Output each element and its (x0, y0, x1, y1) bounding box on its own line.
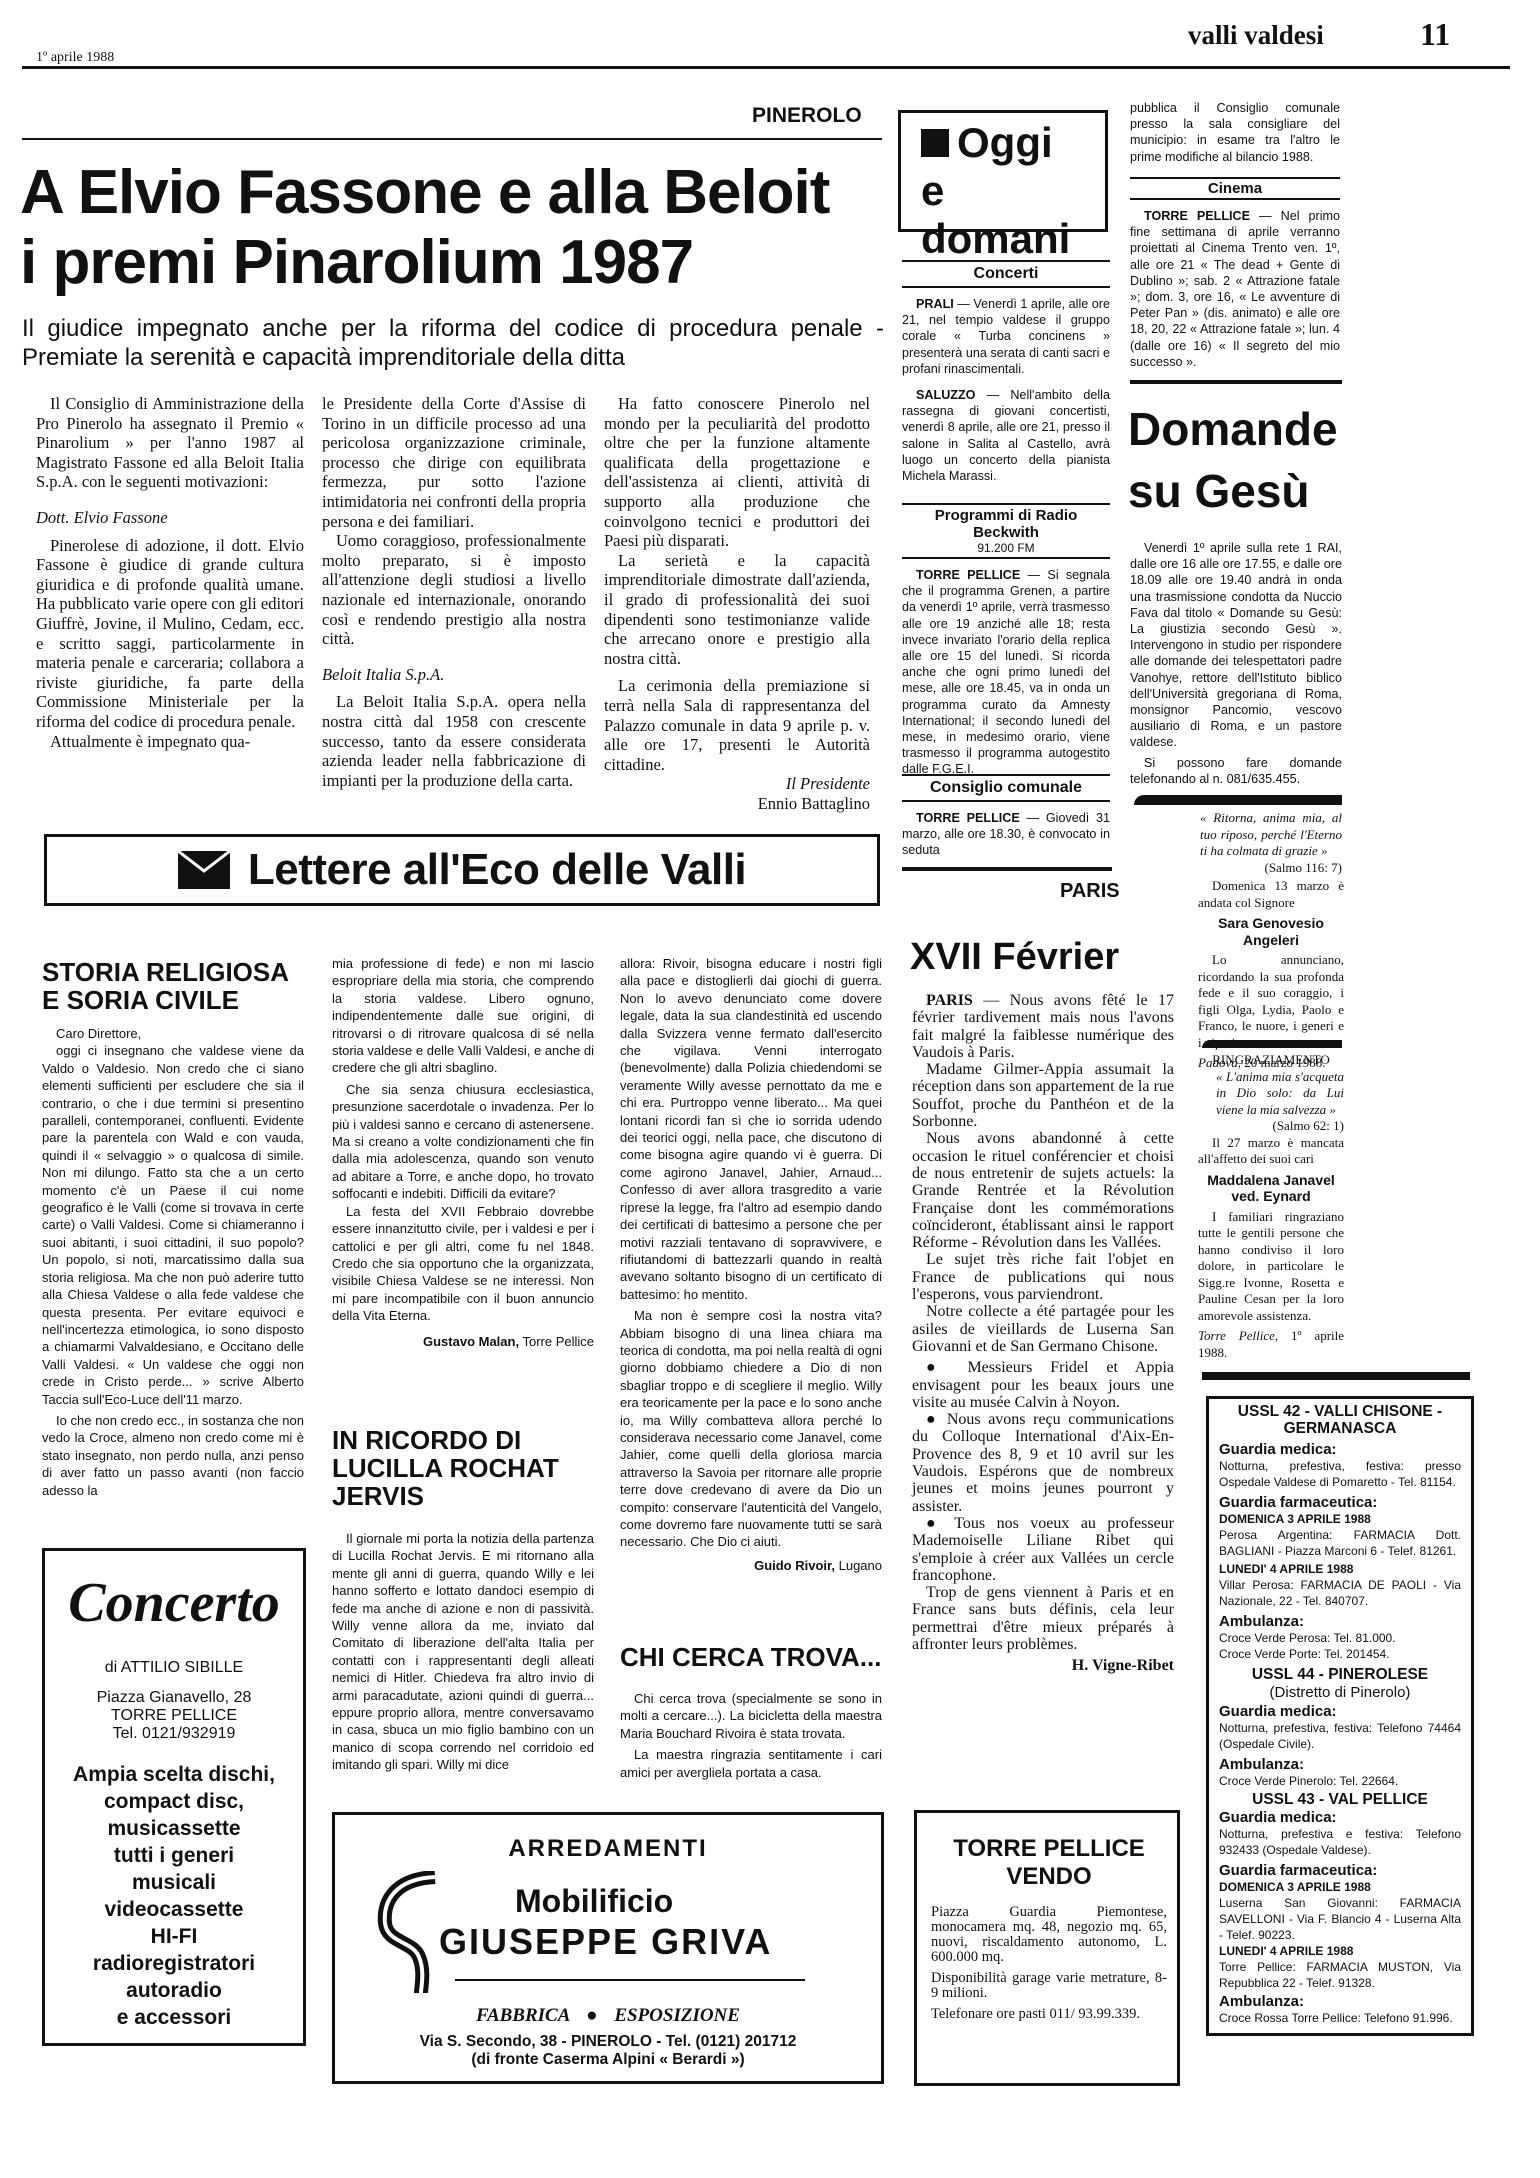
paragraph: Il giornale mi porta la notizia della pa… (332, 1530, 594, 1774)
offer-line: radioregistratori (45, 1950, 303, 1977)
ad-owner: di ATTILIO SIBILLE (45, 1659, 303, 1677)
ad-address: Via S. Secondo, 38 - PINEROLO - Tel. (01… (335, 2033, 881, 2051)
square-icon (921, 129, 949, 157)
griva-logo-icon (375, 1871, 445, 1995)
letter-title-chi-cerca: CHI CERCA TROVA... (620, 1642, 881, 1673)
deceased-name-line1: Maddalena Janavel (1198, 1172, 1344, 1189)
event-place: SALUZZO (916, 388, 975, 402)
title-line: IN RICORDO DI (332, 1426, 559, 1454)
quote: « L'anima mia s'acqueta in Dio solo: da … (1198, 1069, 1344, 1119)
paragraph: La festa del XVII Febbraio dovrebbe esse… (332, 1203, 594, 1325)
paris-body: PARIS — Nous avons fêté le 17 février ta… (912, 992, 1174, 1675)
headline-line2: i premi Pinarolium 1987 (20, 228, 829, 298)
place-date: Torre Pellice, 1º aprile 1988. (1198, 1328, 1344, 1361)
radio-section: Programmi di Radio Beckwith 91.200 FM TO… (902, 503, 1110, 778)
paragraph: Le sujet très riche fait l'objet en Fran… (912, 1251, 1174, 1303)
tagline-left: FABBRICA (476, 2005, 569, 2026)
paragraph: ● Messieurs Fridel et Appia envisagent p… (912, 1359, 1174, 1411)
ad-tagline: FABBRICA ● ESPOSIZIONE (335, 2005, 881, 2027)
block-label: Ambulanza: (1219, 1993, 1461, 2010)
block-line: Luserna San Giovanni: FARMACIA SAVELLONI… (1219, 1895, 1461, 1943)
oggi-title-line2: e domani (921, 167, 1105, 263)
offer-line: autoradio (45, 1977, 303, 2004)
intro: Domenica 13 marzo è andata col Signore (1198, 878, 1344, 911)
consiglio-text: TORRE PELLICE — Giovedì 31 marzo, alle o… (902, 810, 1110, 859)
text: I familiari ringraziano tutte le gentili… (1198, 1209, 1344, 1325)
chi-cerca-body: Chi cerca trova (specialmente se sono in… (620, 1690, 882, 1781)
envelope-icon (178, 851, 230, 889)
domande-body: Venerdì 1º aprile sulla rete 1 RAI, dall… (1130, 540, 1342, 787)
consiglio-section: Consiglio comunale TORRE PELLICE — Giove… (902, 774, 1110, 859)
paragraph: La serietà e la capacità imprenditoriale… (604, 551, 870, 669)
event-item: PRALI — Venerdì 1 aprile, alle ore 21, n… (902, 296, 1110, 377)
radio-frequency: 91.200 FM (902, 541, 1110, 555)
paragraph: Notre collecte a été partagée pour les a… (912, 1303, 1174, 1355)
letter-ricordo-col3: allora: Rivoir, bisogna educare i nostri… (620, 955, 882, 1574)
ussl-section: USSL 44 - PINEROLESE (Distretto di Piner… (1219, 1666, 1461, 1789)
paragraph: Madame Gilmer-Appia assumait la réceptio… (912, 1061, 1174, 1130)
offer-line: Ampia scelta dischi, (45, 1761, 303, 1788)
section-header: Consiglio comunale (902, 774, 1110, 802)
block-label: Guardia farmaceutica: (1219, 1494, 1461, 1511)
section-header: Concerti (902, 260, 1110, 288)
paragraph: le Presidente della Corte d'Assise di To… (322, 394, 586, 531)
block-line: Croce Verde Pinerolo: Tel. 22664. (1219, 1773, 1461, 1789)
vendo-ad: TORRE PELLICE VENDO Piazza Guardia Piemo… (914, 1810, 1180, 2086)
paragraph: mia professione di fede) e non mi lascio… (332, 955, 594, 1077)
paragraph: Ha fatto conoscere Pinerolo nel mondo pe… (604, 394, 870, 551)
event-place: TORRE PELLICE (1144, 209, 1250, 223)
letter-ricordo-col2: Il giornale mi porta la notizia della pa… (332, 1530, 594, 1774)
deceased-name: Sara Genovesio Angeleri (1198, 915, 1344, 948)
concerto-ad: Concerto di ATTILIO SIBILLE Piazza Giana… (42, 1548, 306, 2046)
paragraph: oggi ci insegnano che valdese viene da V… (42, 1042, 304, 1408)
section-label-paris: PARIS (1060, 880, 1120, 903)
block-line: LUNEDI' 4 APRILE 1988 (1219, 1943, 1461, 1959)
block-line: Notturna, prefestiva e festiva: Telefono… (1219, 1826, 1461, 1858)
section-rule (1202, 1372, 1470, 1380)
event-place: PRALI (916, 297, 954, 311)
article-column-3: Ha fatto conoscere Pinerolo nel mondo pe… (604, 394, 870, 813)
block-label: Guardia medica: (1219, 1809, 1461, 1826)
block-line: Notturna, prefestiva, festiva: presso Os… (1219, 1458, 1461, 1490)
title-line1: Oggi (957, 119, 1053, 167)
bullet-icon: ● (586, 2005, 597, 2026)
title-line: STORIA RELIGIOSA (42, 958, 289, 986)
letter-storia-col2: mia professione di fede) e non mi lascio… (332, 955, 594, 1350)
paragraph: Uomo coraggioso, professionalmente molto… (322, 531, 586, 649)
obituary-rule (1134, 795, 1342, 805)
block-line: Croce Rossa Torre Pellice: Telefono 91.9… (1219, 2010, 1461, 2026)
domande-title: Domande su Gesù (1128, 398, 1338, 522)
salutation: Caro Direttore, (42, 1025, 304, 1042)
block-line: Croce Verde Porte: Tel. 201454. (1219, 1646, 1461, 1662)
paris-title: XVII Février (910, 936, 1119, 979)
banner-title: Lettere all'Eco delle Valli (248, 845, 746, 895)
paragraph: Venerdì 1º aprile sulla rete 1 RAI, dall… (1130, 540, 1342, 751)
cinema-text: TORRE PELLICE — Nel primo fine settimana… (1130, 208, 1340, 370)
subheading: Dott. Elvio Fassone (36, 508, 304, 528)
brand-underline (455, 1979, 805, 1981)
paragraph: Che sia senza chiusura ecclesiastica, pr… (332, 1081, 594, 1203)
paragraph: ● Tous nos voeux au professeur Mademoise… (912, 1515, 1174, 1584)
paragraph: Io che non credo ecc., in sostanza che n… (42, 1412, 304, 1499)
offer-line: compact disc, (45, 1788, 303, 1815)
paragraph: Piazza Guardia Piemontese, monocamera mq… (931, 1905, 1167, 1965)
offer-line: musicali (45, 1869, 303, 1896)
block-line: Perosa Argentina: FARMACIA Dott. BAGLIAN… (1219, 1527, 1461, 1559)
paragraph: La maestra ringrazia sentitamente i cari… (620, 1746, 882, 1781)
paragraph: La Beloit Italia S.p.A. opera nella nost… (322, 692, 586, 790)
oggi-title: Oggi (921, 119, 1105, 167)
paragraph: PARIS — Nous avons fêté le 17 février ta… (912, 992, 1174, 1061)
ussl-title: USSL 42 - VALLI CHISONE - GERMANASCA (1219, 1403, 1461, 1437)
paragraph: allora: Rivoir, bisogna educare i nostri… (620, 955, 882, 1303)
event-place: TORRE PELLICE (916, 568, 1020, 582)
ad-city: TORRE PELLICE (45, 1707, 303, 1725)
headline: A Elvio Fassone e alla Beloit i premi Pi… (20, 158, 829, 298)
section-label-pinerolo: PINEROLO (752, 104, 862, 128)
letter-title-ricordo: IN RICORDO DI LUCILLA ROCHAT JERVIS (332, 1426, 559, 1510)
ad-title-line2: VENDO (931, 1863, 1167, 1891)
section-rule (902, 867, 1112, 871)
offer-line: videocassette (45, 1896, 303, 1923)
article-column-1: Il Consiglio di Amministrazione della Pr… (36, 394, 304, 751)
paragraph: Attualmente è impegnato qua- (36, 732, 304, 752)
signature-place: Torre Pellice (522, 1334, 594, 1349)
griva-ad-box: ARREDAMENTI Mobilificio GIUSEPPE GRIVA F… (332, 1812, 884, 2084)
ussl-title: USSL 44 - PINEROLESE (1219, 1666, 1461, 1684)
subheading: Beloit Italia S.p.A. (322, 665, 586, 685)
oggi-domani-box: Oggi e domani (898, 110, 1108, 232)
page-number: 11 (1420, 16, 1450, 53)
title-line: JERVIS (332, 1482, 559, 1510)
ussl-title: USSL 43 - VAL PELLICE (1219, 1791, 1461, 1809)
ussl-subtitle: (Distretto di Pinerolo) (1219, 1684, 1461, 1701)
event-place: TORRE PELLICE (916, 811, 1020, 825)
ussl-section: USSL 43 - VAL PELLICE Guardia medica: No… (1219, 1791, 1461, 2026)
ad-title-line1: TORRE PELLICE (931, 1835, 1167, 1863)
ad-landmark: (di fronte Caserma Alpini « Berardi ») (335, 2051, 881, 2069)
title-line: Domande (1128, 398, 1338, 460)
signature-title: Il Presidente (604, 774, 870, 794)
event-text: — Si segnala che il programma Grenen, a … (902, 568, 1110, 776)
paragraph: ● Nous avons reçu communications du Coll… (912, 1411, 1174, 1515)
quote-ref: (Salmo 116: 7) (1200, 860, 1342, 877)
letter-title-storia: STORIA RELIGIOSA E SORIA CIVILE (42, 958, 289, 1014)
ussl-section: USSL 42 - VALLI CHISONE - GERMANASCA Gua… (1219, 1403, 1461, 1662)
text: Lo annunciano, ricordando la sua profond… (1198, 952, 1344, 1051)
block-label: Guardia medica: (1219, 1441, 1461, 1458)
ad-header: ARREDAMENTI (335, 1835, 881, 1863)
block-label: Guardia farmaceutica: (1219, 1862, 1461, 1879)
quote: « Ritorna, anima mia, al tuo riposo, per… (1200, 810, 1342, 860)
paragraph: Disponibilità garage varie metrature, 8-… (931, 1971, 1167, 2001)
obituary-first: « Ritorna, anima mia, al tuo riposo, per… (1200, 810, 1342, 876)
signature-name: Guido Rivoir, (754, 1558, 835, 1573)
page-date: 1º aprile 1988 (36, 50, 114, 66)
section-header: Cinema (1130, 177, 1340, 200)
paragraph: Si possono fare domande telefonando al n… (1130, 755, 1342, 787)
title-line: su Gesù (1128, 460, 1338, 522)
signature: H. Vigne-Ribet (912, 1657, 1174, 1674)
event-text: — Nel primo fine settimana di aprile ver… (1130, 209, 1340, 369)
signature-place: Lugano (839, 1558, 882, 1573)
section-rule (22, 138, 882, 140)
block-line: LUNEDI' 4 APRILE 1988 (1219, 1561, 1461, 1577)
title-line: E SORIA CIVILE (42, 986, 289, 1014)
obituary-second: RINGRAZIAMENTO « L'anima mia s'acqueta i… (1198, 1052, 1344, 1361)
offer-line: musicassette (45, 1815, 303, 1842)
block-line: Villar Perosa: FARMACIA DE PAOLI - Via N… (1219, 1577, 1461, 1609)
offer-line: e accessori (45, 2004, 303, 2031)
ad-title: Concerto (45, 1571, 303, 1635)
header: RINGRAZIAMENTO (1198, 1052, 1344, 1069)
offer-line: tutti i generi (45, 1842, 303, 1869)
quote-ref: (Salmo 62: 1) (1198, 1118, 1344, 1135)
block-line: DOMENICA 3 APRILE 1988 (1219, 1511, 1461, 1527)
brand-line1: Mobilificio (515, 1883, 673, 1920)
concerti-section: Concerti PRALI — Venerdì 1 aprile, alle … (902, 260, 1110, 484)
paragraph: Il Consiglio di Amministrazione della Pr… (36, 394, 304, 492)
block-line: Croce Verde Perosa: Tel. 81.000. (1219, 1630, 1461, 1646)
headline-line1: A Elvio Fassone e alla Beloit (20, 158, 829, 228)
intro: Il 27 marzo è mancata all'affetto dei su… (1198, 1135, 1344, 1168)
signature: Guido Rivoir, Lugano (620, 1557, 882, 1574)
obituary-rule (1202, 1040, 1342, 1048)
ad-phone: Tel. 0121/932919 (45, 1725, 303, 1743)
block-line: Torre Pellice: FARMACIA MUSTON, Via Repu… (1219, 1959, 1461, 1991)
block-line: Notturna, prefestiva, festiva: Telefono … (1219, 1720, 1461, 1752)
offer-line: HI-FI (45, 1923, 303, 1950)
paragraph: Ma non è sempre così la nostra vita? Abb… (620, 1307, 882, 1551)
place: PARIS (926, 992, 973, 1009)
paragraph: Nous avons abandonné à cette occasion le… (912, 1130, 1174, 1251)
ussl-box: USSL 42 - VALLI CHISONE - GERMANASCA Gua… (1206, 1396, 1474, 2036)
paper-name: valli valdesi (1188, 20, 1324, 51)
tagline-right: ESPOSIZIONE (614, 2005, 740, 2026)
subhead: Il giudice impegnato anche per la riform… (22, 314, 884, 372)
place: Torre Pellice, (1198, 1328, 1278, 1343)
block-label: Guardia medica: (1219, 1703, 1461, 1720)
radio-text: TORRE PELLICE — Si segnala che il progra… (902, 567, 1110, 778)
brand-line2: GIUSEPPE GRIVA (439, 1921, 772, 1963)
paragraph: Trop de gens viennent à Paris et en Fran… (912, 1584, 1174, 1653)
title-line: LUCILLA ROCHAT (332, 1454, 559, 1482)
section-rule (1130, 380, 1342, 384)
letter-storia-col1: Caro Direttore, oggi ci insegnano che va… (42, 1025, 304, 1499)
paragraph: Chi cerca trova (specialmente se sono in… (620, 1690, 882, 1742)
paragraph: Pinerolese di adozione, il dott. Elvio F… (36, 536, 304, 732)
event-item: SALUZZO — Nell'ambito della rassegna di … (902, 387, 1110, 484)
event-text: — Nell'ambito della rassegna di giovani … (902, 388, 1110, 483)
cinema-section: Cinema TORRE PELLICE — Nel primo fine se… (1130, 177, 1340, 370)
consiglio-continuation: pubblica il Consiglio comunale presso la… (1130, 100, 1340, 165)
paragraph: Telefonare ore pasti 011/ 93.99.339. (931, 2007, 1167, 2022)
signature: Gustavo Malan, Torre Pellice (332, 1333, 594, 1350)
block-label: Ambulanza: (1219, 1756, 1461, 1773)
signature-name: Ennio Battaglino (604, 794, 870, 814)
block-line: DOMENICA 3 APRILE 1988 (1219, 1879, 1461, 1895)
radio-header: Programmi di Radio Beckwith (902, 507, 1110, 541)
signature-name: Gustavo Malan, (423, 1334, 519, 1349)
masthead-rule (22, 66, 1510, 69)
block-label: Ambulanza: (1219, 1613, 1461, 1630)
paragraph: La cerimonia della premiazione si terrà … (604, 676, 870, 774)
ad-address: Piazza Gianavello, 28 (45, 1689, 303, 1707)
article-column-2: le Presidente della Corte d'Assise di To… (322, 394, 586, 790)
deceased-name-line2: ved. Eynard (1198, 1188, 1344, 1205)
lettere-banner: Lettere all'Eco delle Valli (44, 834, 880, 906)
section-header: Programmi di Radio Beckwith 91.200 FM (902, 503, 1110, 559)
ad-offer: Ampia scelta dischi, compact disc, music… (45, 1761, 303, 2031)
